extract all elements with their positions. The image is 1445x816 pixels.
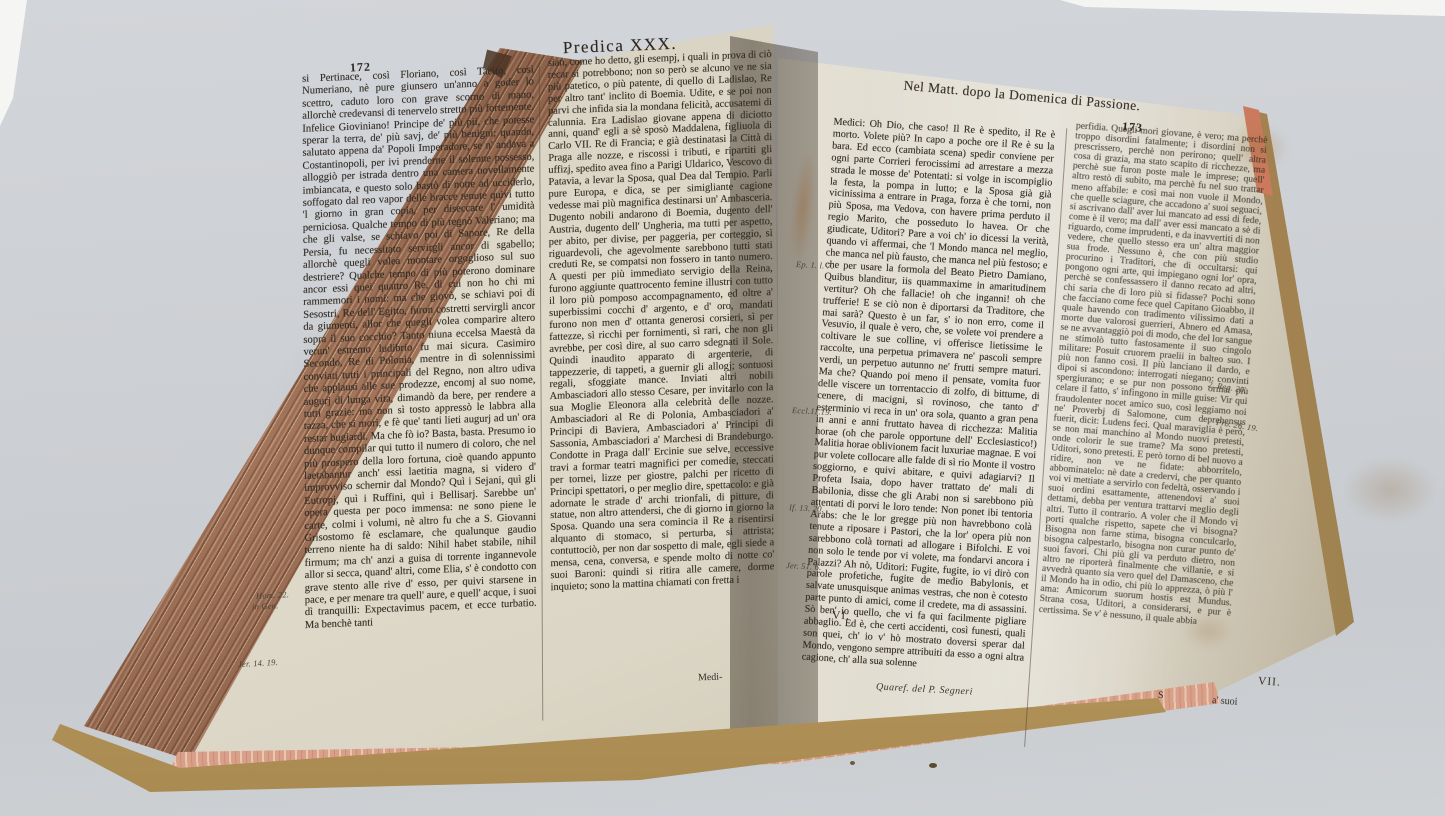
right-section-number-vi: VI. bbox=[832, 610, 851, 623]
right-page-text-block: Medici: Oh Dio, che caso! Il Re è spedit… bbox=[788, 114, 1261, 775]
backdrop-white-strip bbox=[0, 0, 40, 140]
right-column-2: perfidia. Quegli morì giovane, è vero; m… bbox=[1038, 121, 1267, 629]
right-margin-note-ep: Ep. 1. l. 7. bbox=[796, 259, 834, 271]
backdrop-white-band bbox=[0, 0, 1445, 22]
right-margin-note-isa: If. 13. 20. bbox=[789, 502, 825, 514]
left-catchword: Medi- bbox=[698, 672, 723, 684]
left-margin-note-jer: Jer. 14. 19. bbox=[238, 657, 278, 669]
right-section-number-vii: VII. bbox=[1258, 675, 1282, 689]
right-signature-letter: S bbox=[1158, 690, 1164, 701]
right-column-1: Medici: Oh Dio, che caso! Il Re è spedit… bbox=[801, 116, 1055, 676]
column-rule bbox=[539, 62, 543, 720]
backdrop-smudge bbox=[1344, 458, 1436, 522]
right-margin-note-eccl: Eccl.11.19. bbox=[792, 405, 833, 417]
right-catchword: a' suoi bbox=[1212, 695, 1238, 708]
right-margin-note-jer51: Jer. 51. 6. bbox=[786, 560, 822, 572]
fly-speck bbox=[850, 761, 855, 765]
left-margin-note-ingen: in Gen. bbox=[252, 600, 279, 611]
fly-speck bbox=[929, 763, 937, 768]
left-column-2: sian, come ho detto, gli esempj, i quali… bbox=[548, 49, 775, 594]
left-margin-note-hom: Hom. 22. bbox=[256, 589, 289, 601]
photo-open-antique-book: Predica XXX. 172 si Pertinace, così Flor… bbox=[0, 0, 1445, 816]
left-column-1: si Pertinace, così Floriano, così Tacito… bbox=[302, 64, 537, 632]
left-page-text-block: si Pertinace, così Floriano, così Tacito… bbox=[296, 49, 777, 747]
